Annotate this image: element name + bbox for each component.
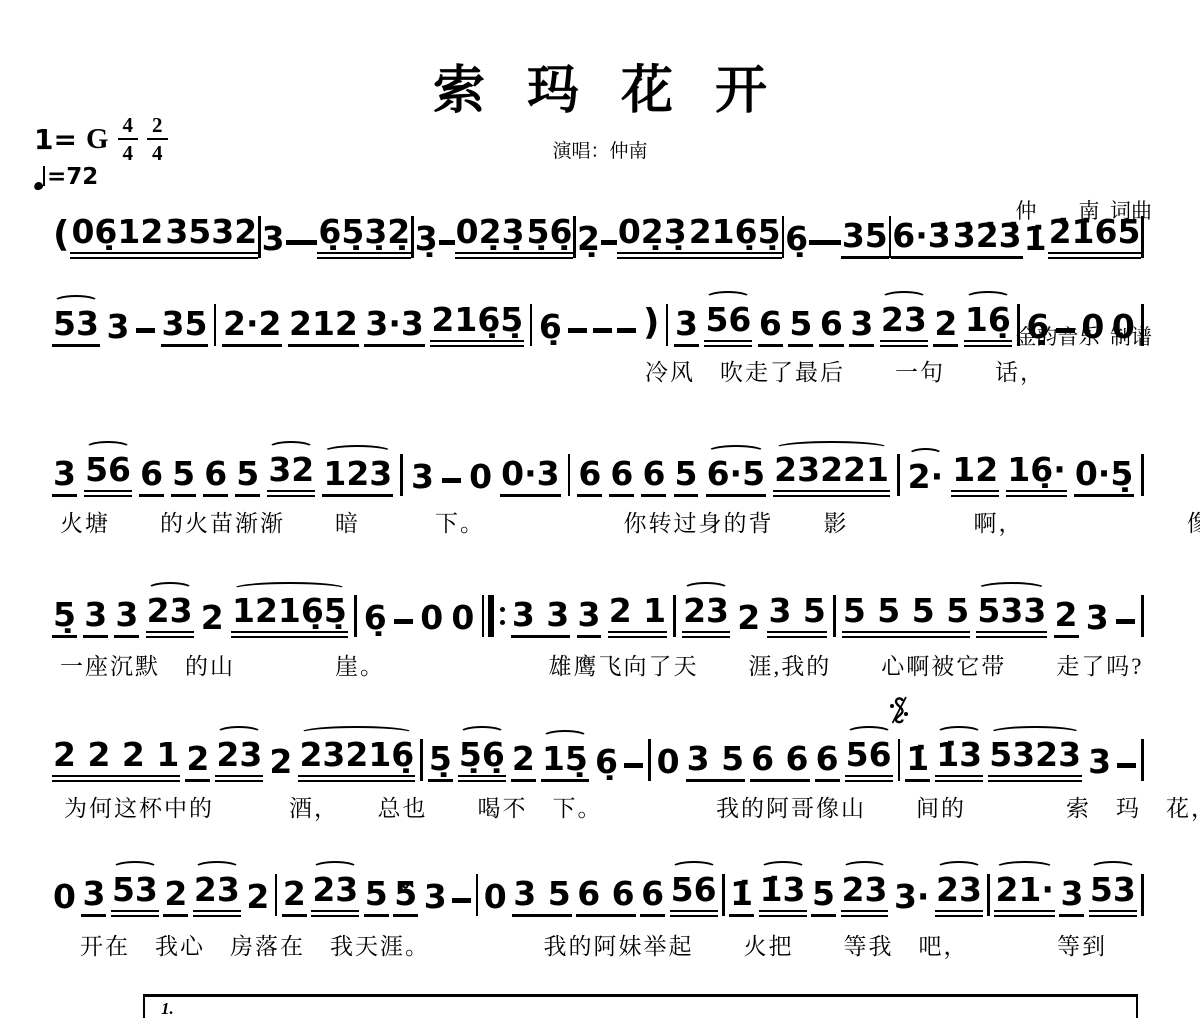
volta-label: 1. xyxy=(161,999,174,1018)
time-signature-2: 2 4 xyxy=(147,115,168,164)
notation-line-1: (06̣12353236̣5̣3̣2̣3̣02̣3̣5̣6̣2̣02̣3̣216… xyxy=(52,214,1144,259)
barline-wrap xyxy=(722,874,725,917)
note-token: 5 xyxy=(171,456,196,497)
note-token: 216̣5̣ xyxy=(688,214,782,259)
note-token: 0 xyxy=(483,879,508,917)
barline-wrap xyxy=(1141,595,1144,638)
barline xyxy=(897,454,900,496)
barline-wrap xyxy=(400,454,403,497)
quarter-note-icon xyxy=(34,165,46,190)
note-token: 5 5 5 5 xyxy=(842,593,970,638)
barline xyxy=(833,595,836,637)
note-token: 23 xyxy=(146,593,194,638)
barline xyxy=(530,304,533,346)
note-token: 6 xyxy=(819,306,844,347)
note-token: 6 xyxy=(139,456,164,497)
barline xyxy=(354,595,357,637)
note-token: 53 xyxy=(52,306,100,347)
note-token: 23 xyxy=(311,872,359,917)
note-token: 6̣ xyxy=(1025,309,1050,347)
note-token: 02̣3̣ xyxy=(455,214,526,259)
barline-wrap xyxy=(648,739,651,782)
note-token: 2 2 2 1 xyxy=(52,737,180,782)
note-token: 6 xyxy=(577,456,602,497)
note-token: 2 xyxy=(268,744,293,782)
barline xyxy=(214,304,217,346)
key-prefix: 1= xyxy=(34,123,77,156)
barline-wrap xyxy=(354,595,357,638)
note-token: 1̇ xyxy=(1023,221,1048,259)
duration-dash xyxy=(302,240,318,245)
note-token: 3 xyxy=(81,876,106,917)
barline-wrap xyxy=(1141,304,1144,347)
note-token: 3 xyxy=(261,221,286,259)
note-token: 2 xyxy=(1054,597,1079,638)
repeat-begin-barline xyxy=(482,595,505,637)
note-token: 23216̣ xyxy=(298,737,415,782)
notation-line-4: 5̣332321216̣5̣6̣003 332 12323 55 5 5 553… xyxy=(52,593,1144,638)
note-token: 23 xyxy=(935,872,983,917)
note-token: 0·3 xyxy=(500,456,560,497)
note-token: 123 xyxy=(322,456,393,497)
barline-wrap xyxy=(530,304,533,347)
note-token: 6 xyxy=(609,456,634,497)
barline xyxy=(275,874,278,916)
barline xyxy=(1141,874,1144,916)
note-token: 16̣ xyxy=(964,302,1012,347)
note-token: 3· xyxy=(893,879,931,917)
note-token: 6 xyxy=(640,876,665,917)
note-token: 6 6 xyxy=(750,741,809,782)
duration-dash xyxy=(1116,619,1135,624)
duration-dash xyxy=(286,240,302,245)
note-token: 0 xyxy=(52,879,77,917)
note-token: 5323 xyxy=(988,737,1082,782)
note-token: 5̣ xyxy=(52,597,77,638)
note-token: 2 xyxy=(200,600,225,638)
note-token: 3 xyxy=(1059,876,1084,917)
note-token: 0 xyxy=(450,600,475,638)
lyrics-line-3: 火塘 的火苗渐渐 暗 下。 你转过身的背 影 啊， 像 xyxy=(60,505,1200,538)
key-signature: 1= G 4 4 2 4 xyxy=(34,116,168,162)
note-token: 3 xyxy=(423,879,448,917)
barline xyxy=(420,739,423,781)
barline-wrap xyxy=(568,454,571,497)
note-token: 5 xyxy=(364,876,389,917)
note-token: 06̣12 xyxy=(70,214,164,259)
note-token: 3532 xyxy=(164,214,258,259)
note-token: 16̣· xyxy=(1006,452,1066,497)
duration-dash xyxy=(624,763,643,768)
note-token: 5 xyxy=(788,306,813,347)
note-token: 6̣5̣3̣2̣ xyxy=(317,214,411,259)
note-token: 0 xyxy=(419,600,444,638)
note-token: 6̣ xyxy=(594,744,619,782)
note-token: 56 xyxy=(704,302,752,347)
duration-dash xyxy=(809,240,825,245)
note-token: 32 xyxy=(267,452,315,497)
note-token: 3 xyxy=(577,597,602,638)
note-token: 6̣ xyxy=(363,600,388,638)
note-token: 2 1 xyxy=(608,593,667,638)
barline-wrap xyxy=(666,304,669,347)
barline xyxy=(722,874,725,916)
barline-wrap xyxy=(1141,874,1144,917)
note-token: 3̣ xyxy=(414,221,439,259)
lyrics-line-4: 一座沉默 的山 崖。 雄鹰飞向了天 涯,我的 心啊被它带 走了吗? xyxy=(60,648,1143,681)
note-token: 3 xyxy=(52,456,77,497)
key-value: G xyxy=(86,123,109,156)
note-token: 6 6 xyxy=(576,876,635,917)
mordent-icon xyxy=(397,862,415,898)
note-token: 3·3 xyxy=(364,306,424,347)
note-token: 6̣ xyxy=(784,221,809,259)
tempo-marking: =72 xyxy=(34,164,168,190)
time-signature-2-denominator: 4 xyxy=(147,138,168,164)
note-token: 5̣6̣ xyxy=(526,214,574,259)
note-token: 12 xyxy=(951,452,999,497)
note-token: 35 xyxy=(841,218,889,259)
note-token: 3 3 xyxy=(511,597,570,638)
duration-dash xyxy=(1117,763,1136,768)
note-token: 53 xyxy=(111,872,159,917)
repeat-dot xyxy=(500,607,505,612)
barline xyxy=(648,739,651,781)
note-token: 1̇ xyxy=(729,876,754,917)
note-token: 23 xyxy=(682,593,730,638)
note-token: 2̣ xyxy=(576,221,601,259)
duration-dash xyxy=(439,240,455,245)
duration-dash xyxy=(394,619,413,624)
note-token: 3 xyxy=(1085,600,1110,638)
note-token: 2· xyxy=(907,459,945,497)
note-token: 6̣ xyxy=(538,309,563,347)
note-token: 53 xyxy=(1089,872,1137,917)
barline-wrap xyxy=(898,739,901,782)
barline xyxy=(898,739,901,781)
note-token: 1̇3 xyxy=(935,737,983,782)
barline-wrap xyxy=(1141,216,1144,259)
duration-dash xyxy=(825,240,841,245)
duration-dash xyxy=(568,328,587,333)
note-token: 212 xyxy=(288,306,359,347)
key-signature-block: 1= G 4 4 2 4 =72 xyxy=(34,116,168,190)
note-token: 216̣5̣ xyxy=(430,302,524,347)
note-token: 5̣ xyxy=(428,741,453,782)
duration-dash xyxy=(617,328,636,333)
note-token: 35 xyxy=(161,306,209,347)
duration-dash xyxy=(136,328,155,333)
note-token: 2·2 xyxy=(222,306,282,347)
barline-wrap xyxy=(673,595,676,638)
note-token: 3̇2̇3̇ xyxy=(952,218,1023,259)
phrase-paren: ( xyxy=(52,216,70,259)
barline xyxy=(987,874,990,916)
note-token: 5 xyxy=(235,456,260,497)
note-token: 0 xyxy=(468,459,493,497)
barline xyxy=(400,454,403,496)
repeat-dots xyxy=(500,607,505,625)
barline xyxy=(1141,216,1144,258)
note-token: 3 xyxy=(105,309,130,347)
note-token: 0·5̣ xyxy=(1074,456,1134,497)
note-token: 6·5 xyxy=(706,456,766,497)
duration-dash xyxy=(601,240,617,245)
note-token: 3 xyxy=(114,597,139,638)
note-token: 5 xyxy=(393,876,418,917)
notation-line-3: 356656532123300·366656·5232212·1216̣·0·5… xyxy=(52,452,1144,497)
note-token: 3 xyxy=(83,597,108,638)
note-token: 5̣6̣ xyxy=(458,737,506,782)
barline xyxy=(1017,304,1020,346)
sheet-music-page: { "header": { "title": "索玛花开", "performe… xyxy=(0,0,1200,1018)
note-token: 3 xyxy=(1087,744,1112,782)
notation-line-5: 2 2 2 1223223216̣5̣5̣6̣215̣6̣03 56 66561… xyxy=(52,737,1144,782)
note-token: 15̣ xyxy=(541,741,589,782)
note-token: 0 xyxy=(656,744,681,782)
barline-wrap xyxy=(214,304,217,347)
duration-dash xyxy=(442,478,461,483)
barline-wrap xyxy=(897,454,900,497)
note-token: 0 xyxy=(1111,309,1136,347)
barline xyxy=(1141,454,1144,496)
notation-line-2: 533352·22123·3216̣5̣6̣)356656323216̣6̣00 xyxy=(52,302,1144,347)
note-token: 2 xyxy=(933,306,958,347)
barline-wrap xyxy=(833,595,836,638)
barline xyxy=(1141,739,1144,781)
time-signature-1: 4 4 xyxy=(118,115,139,164)
duration-dash xyxy=(1056,328,1075,333)
note-token: 2̇1̇65 xyxy=(1048,214,1142,259)
note-token: 6 xyxy=(641,456,666,497)
barline-wrap xyxy=(275,874,278,917)
note-token: 2 xyxy=(245,879,270,917)
note-token: 5 xyxy=(674,456,699,497)
note-token: 3 xyxy=(674,306,699,347)
segno-icon xyxy=(889,695,909,732)
note-token: 2 xyxy=(282,876,307,917)
lyrics-line-5: 为何这杯中的 酒， 总也 喝不 下。 我的阿哥像山 间的 索 玛 花， xyxy=(64,790,1200,823)
note-token: 1216̣5̣ xyxy=(231,593,348,638)
note-token: 6 xyxy=(203,456,228,497)
note-token: 23 xyxy=(193,872,241,917)
notation-line-6: 0353223222355303 56 66561̇1̇35233·2321·3… xyxy=(52,872,1144,917)
volta-bracket: 1. xyxy=(143,994,1138,1018)
tempo-value: =72 xyxy=(47,164,98,190)
note-token: 56 xyxy=(845,737,893,782)
note-token: 23 xyxy=(841,872,889,917)
note-token: 2 xyxy=(511,741,536,782)
time-signature-1-numerator: 4 xyxy=(118,115,139,138)
duration-dash xyxy=(452,898,471,903)
barline xyxy=(568,454,571,496)
barline xyxy=(1141,595,1144,637)
note-token: 23 xyxy=(215,737,263,782)
note-token: 2 xyxy=(185,741,210,782)
note-token: 3 xyxy=(849,306,874,347)
time-signature-1-denominator: 4 xyxy=(118,138,139,164)
barline-wrap xyxy=(987,874,990,917)
repeat-thick-bar xyxy=(488,595,494,637)
note-token: 56 xyxy=(670,872,718,917)
note-token: 1̇ xyxy=(905,741,930,782)
barline xyxy=(666,304,669,346)
barline-wrap xyxy=(1141,739,1144,782)
note-token: 23 xyxy=(880,302,928,347)
note-token: 0 xyxy=(1080,309,1105,347)
barline xyxy=(673,595,676,637)
note-token: 6 xyxy=(815,741,840,782)
note-token: 56 xyxy=(84,452,132,497)
note-token: 3 xyxy=(410,459,435,497)
barline xyxy=(1141,304,1144,346)
barline-wrap xyxy=(420,739,423,782)
note-token: 21· xyxy=(994,872,1054,917)
note-token: 23221 xyxy=(773,452,890,497)
barline-wrap xyxy=(1141,454,1144,497)
note-token: 3 5 xyxy=(686,741,745,782)
note-token: 533 xyxy=(976,593,1047,638)
note-token: 1̇3 xyxy=(759,872,807,917)
duration-dash xyxy=(593,328,612,333)
lyrics-line-2: 冷风 吹走了最后 一句 话， xyxy=(645,354,1045,387)
note-token: 3 5 xyxy=(767,593,826,638)
barline xyxy=(476,874,479,916)
barline-wrap xyxy=(1017,304,1020,347)
note-token: 6 xyxy=(758,306,783,347)
phrase-paren: ) xyxy=(642,304,660,347)
note-token: 2 xyxy=(736,600,761,638)
barline-wrap xyxy=(476,874,479,917)
time-signature-2-numerator: 2 xyxy=(147,115,168,138)
note-token: 2 xyxy=(163,876,188,917)
note-token: 3 5 xyxy=(512,876,571,917)
repeat-dot xyxy=(500,620,505,625)
note-token: 02̣3̣ xyxy=(617,214,688,259)
note-token: 5 xyxy=(811,876,836,917)
repeat-thin-bar xyxy=(482,595,485,637)
lyrics-line-6: 开在 我心 房落在 我天涯。 我的阿妹举起 火把 等我 吧， 等到 xyxy=(80,928,1107,961)
note-token: 6·3̇ xyxy=(891,218,951,259)
